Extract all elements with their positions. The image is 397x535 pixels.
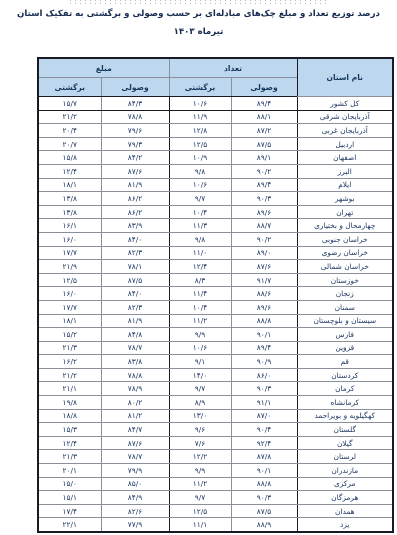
count-cleared-cell: ۸۶/۰ (231, 368, 297, 382)
table-row: لرستان۸۷/۸۱۲/۲۷۸/۷۲۱/۳ (38, 450, 393, 464)
count-bounced-cell: ۹/۷ (169, 382, 231, 396)
header-province-name: نام استان (297, 58, 393, 97)
province-name-cell: گلستان (297, 423, 393, 437)
amount-cleared-cell: ۷۸/۸ (101, 368, 169, 382)
amount-bounced-cell: ۱۳/۸ (38, 192, 101, 206)
count-cleared-cell: ۹۰/۳ (231, 491, 297, 505)
table-row: مازندران۹۰/۱۹/۹۷۹/۹۲۰/۱ (38, 464, 393, 478)
province-name-cell: همدان (297, 504, 393, 518)
amount-cleared-cell: ۸۷/۵ (101, 273, 169, 287)
table-row: آذربایجان غربی۸۷/۲۱۲/۸۷۹/۶۲۰/۴ (38, 124, 393, 138)
count-cleared-cell: ۸۷/۸ (231, 450, 297, 464)
province-name-cell: خوزستان (297, 273, 393, 287)
count-cleared-cell: ۸۷/۵ (231, 137, 297, 151)
count-cleared-cell: ۸۹/۰ (231, 246, 297, 260)
table-row: تهران۸۹/۶۱۰/۴۸۶/۲۱۳/۸ (38, 205, 393, 219)
count-cleared-cell: ۸۷/۶ (231, 260, 297, 274)
table-row: چهارمحال و بختیاری۸۸/۷۱۱/۳۸۳/۹۱۶/۱ (38, 219, 393, 233)
table-row: کردستان۸۶/۰۱۴/۰۷۸/۸۲۱/۲ (38, 368, 393, 382)
amount-cleared-cell: ۸۱/۹ (101, 178, 169, 192)
table-row: قزوین۸۹/۴۱۰/۶۷۸/۷۲۱/۳ (38, 341, 393, 355)
count-cleared-cell: ۸۷/۲ (231, 124, 297, 138)
count-bounced-cell: ۱۲/۵ (169, 504, 231, 518)
count-cleared-cell: ۸۸/۶ (231, 287, 297, 301)
province-name-cell: البرز (297, 164, 393, 178)
province-name-cell: اصفهان (297, 151, 393, 165)
table-row: همدان۸۷/۵۱۲/۵۸۲/۶۱۷/۴ (38, 504, 393, 518)
amount-cleared-cell: ۸۱/۹ (101, 314, 169, 328)
table-row: ایلام۸۹/۴۱۰/۶۸۱/۹۱۸/۱ (38, 178, 393, 192)
amount-cleared-cell: ۸۳/۹ (101, 219, 169, 233)
count-cleared-cell: ۸۹/۶ (231, 205, 297, 219)
amount-cleared-cell: ۷۸/۷ (101, 450, 169, 464)
amount-bounced-cell: ۲۱/۲ (38, 110, 101, 124)
count-bounced-cell: ۸/۹ (169, 396, 231, 410)
province-name-cell: یزد (297, 518, 393, 532)
amount-cleared-cell: ۷۸/۸ (101, 110, 169, 124)
amount-cleared-cell: ۸۶/۲ (101, 205, 169, 219)
table-row: گلستان۹۰/۴۹/۶۸۴/۷۱۵/۳ (38, 423, 393, 437)
count-cleared-cell: ۸۸/۱ (231, 110, 297, 124)
count-cleared-cell: ۸۸/۸ (231, 314, 297, 328)
amount-cleared-cell: ۷۹/۳ (101, 137, 169, 151)
table-header: نام استان تعداد مبلغ وصولی برگشتی وصولی … (38, 58, 393, 97)
province-name-cell: خراسان رضوی (297, 246, 393, 260)
province-name-cell: کرمانشاه (297, 396, 393, 410)
header-count-bounced: برگشتی (169, 78, 231, 97)
province-name-cell: گیلان (297, 436, 393, 450)
count-cleared-cell: ۹۰/۱ (231, 464, 297, 478)
count-bounced-cell: ۱۲/۴ (169, 260, 231, 274)
count-bounced-cell: ۹/۹ (169, 464, 231, 478)
amount-cleared-cell: ۸۴/۸ (101, 328, 169, 342)
amount-bounced-cell: ۱۳/۸ (38, 205, 101, 219)
province-name-cell: سیستان و بلوچستان (297, 314, 393, 328)
page-subtitle-date: تیرماه ۱۴۰۳ (0, 24, 397, 40)
amount-cleared-cell: ۸۳/۸ (101, 355, 169, 369)
count-cleared-cell: ۸۹/۱ (231, 151, 297, 165)
amount-cleared-cell: ۸۴/۲ (101, 151, 169, 165)
header-amount-cleared: وصولی (101, 78, 169, 97)
province-name-cell: اردبیل (297, 137, 393, 151)
amount-cleared-cell: ۷۸/۱ (101, 260, 169, 274)
table-row: مرکزی۸۸/۸۱۱/۲۸۵/۰۱۵/۰ (38, 477, 393, 491)
count-bounced-cell: ۹/۹ (169, 328, 231, 342)
count-bounced-cell: ۹/۶ (169, 423, 231, 437)
count-cleared-cell: ۸۸/۸ (231, 477, 297, 491)
amount-bounced-cell: ۱۸/۸ (38, 409, 101, 423)
amount-bounced-cell: ۱۸/۱ (38, 314, 101, 328)
amount-cleared-cell: ۸۲/۳ (101, 246, 169, 260)
count-bounced-cell: ۱۴/۰ (169, 368, 231, 382)
count-bounced-cell: ۹/۸ (169, 232, 231, 246)
amount-bounced-cell: ۱۲/۴ (38, 164, 101, 178)
count-bounced-cell: ۱۰/۴ (169, 300, 231, 314)
amount-bounced-cell: ۱۸/۱ (38, 178, 101, 192)
amount-cleared-cell: ۸۴/۳ (101, 97, 169, 111)
count-bounced-cell: ۱۳/۰ (169, 409, 231, 423)
province-name-cell: تهران (297, 205, 393, 219)
count-bounced-cell: ۱۱/۰ (169, 246, 231, 260)
table-row: خوزستان۹۱/۷۸/۳۸۷/۵۱۲/۵ (38, 273, 393, 287)
province-name-cell: کردستان (297, 368, 393, 382)
amount-bounced-cell: ۲۱/۹ (38, 260, 101, 274)
amount-bounced-cell: ۲۲/۱ (38, 518, 101, 532)
count-bounced-cell: ۱۱/۲ (169, 314, 231, 328)
amount-bounced-cell: ۲۰/۱ (38, 464, 101, 478)
province-name-cell: خراسان جنوبی (297, 232, 393, 246)
table-row: کرمان۹۰/۳۹/۷۷۸/۹۲۱/۱ (38, 382, 393, 396)
amount-bounced-cell: ۱۷/۷ (38, 246, 101, 260)
amount-cleared-cell: ۷۷/۹ (101, 518, 169, 532)
count-cleared-cell: ۹۲/۴ (231, 436, 297, 450)
amount-bounced-cell: ۱۹/۸ (38, 396, 101, 410)
count-cleared-cell: ۹۱/۷ (231, 273, 297, 287)
province-name-cell: کرمان (297, 382, 393, 396)
table-row: آذربایجان شرقی۸۸/۱۱۱/۹۷۸/۸۲۱/۲ (38, 110, 393, 124)
page: { "title": { "line1": "درصد توزیع تعداد … (0, 0, 397, 535)
table-row: خراسان جنوبی۹۰/۲۹/۸۸۴/۰۱۶/۰ (38, 232, 393, 246)
amount-cleared-cell: ۷۸/۷ (101, 341, 169, 355)
province-name-cell: آذربایجان غربی (297, 124, 393, 138)
amount-bounced-cell: ۱۶/۱ (38, 219, 101, 233)
count-bounced-cell: ۸/۳ (169, 273, 231, 287)
table-row: قم۹۰/۹۹/۱۸۳/۸۱۶/۲ (38, 355, 393, 369)
count-bounced-cell: ۱۲/۵ (169, 137, 231, 151)
table-row: فارس۹۰/۱۹/۹۸۴/۸۱۵/۲ (38, 328, 393, 342)
amount-cleared-cell: ۸۷/۶ (101, 164, 169, 178)
amount-cleared-cell: ۸۱/۲ (101, 409, 169, 423)
province-name-cell: مازندران (297, 464, 393, 478)
table-row: اصفهان۸۹/۱۱۰/۹۸۴/۲۱۵/۸ (38, 151, 393, 165)
amount-bounced-cell: ۱۵/۲ (38, 328, 101, 342)
clipped-heading-remnant (68, 0, 330, 4)
amount-cleared-cell: ۸۴/۹ (101, 491, 169, 505)
table-row: کهگیلویه و بویراحمد۸۷/۰۱۳/۰۸۱/۲۱۸/۸ (38, 409, 393, 423)
amount-cleared-cell: ۸۲/۳ (101, 300, 169, 314)
province-name-cell: سمنان (297, 300, 393, 314)
table-row: زنجان۸۸/۶۱۱/۴۸۴/۰۱۶/۰ (38, 287, 393, 301)
amount-bounced-cell: ۲۰/۷ (38, 137, 101, 151)
header-count-cleared: وصولی (231, 78, 297, 97)
province-name-cell: قم (297, 355, 393, 369)
amount-cleared-cell: ۸۷/۶ (101, 436, 169, 450)
province-name-cell: کهگیلویه و بویراحمد (297, 409, 393, 423)
count-cleared-cell: ۹۰/۹ (231, 355, 297, 369)
count-cleared-cell: ۸۹/۴ (231, 97, 297, 111)
page-title: درصد توزیع تعداد و مبلغ چک‌های مبادله‌ای… (0, 7, 397, 22)
count-bounced-cell: ۱۱/۱ (169, 518, 231, 532)
count-bounced-cell: ۱۰/۶ (169, 341, 231, 355)
count-cleared-cell: ۸۷/۵ (231, 504, 297, 518)
table-row: گیلان۹۲/۴۷/۶۸۷/۶۱۲/۴ (38, 436, 393, 450)
count-cleared-cell: ۸۹/۶ (231, 300, 297, 314)
amount-bounced-cell: ۲۱/۳ (38, 450, 101, 464)
header-amount-bounced: برگشتی (38, 78, 101, 97)
count-bounced-cell: ۹/۸ (169, 164, 231, 178)
province-name-cell: خراسان شمالی (297, 260, 393, 274)
province-name-cell: بوشهر (297, 192, 393, 206)
count-bounced-cell: ۱۰/۶ (169, 97, 231, 111)
province-name-cell: فارس (297, 328, 393, 342)
count-bounced-cell: ۷/۶ (169, 436, 231, 450)
province-name-cell: کل کشور (297, 97, 393, 111)
count-bounced-cell: ۱۱/۲ (169, 477, 231, 491)
count-bounced-cell: ۱۰/۴ (169, 205, 231, 219)
table-row: سمنان۸۹/۶۱۰/۴۸۲/۳۱۷/۷ (38, 300, 393, 314)
count-bounced-cell: ۹/۱ (169, 355, 231, 369)
amount-bounced-cell: ۱۵/۰ (38, 477, 101, 491)
count-cleared-cell: ۹۰/۳ (231, 382, 297, 396)
table-row: خراسان شمالی۸۷/۶۱۲/۴۷۸/۱۲۱/۹ (38, 260, 393, 274)
amount-cleared-cell: ۸۲/۶ (101, 504, 169, 518)
count-cleared-cell: ۸۸/۷ (231, 219, 297, 233)
amount-bounced-cell: ۱۵/۳ (38, 423, 101, 437)
count-cleared-cell: ۹۰/۲ (231, 232, 297, 246)
count-cleared-cell: ۸۷/۰ (231, 409, 297, 423)
count-cleared-cell: ۹۰/۳ (231, 192, 297, 206)
title-block: درصد توزیع تعداد و مبلغ چک‌های مبادله‌ای… (0, 7, 397, 40)
count-bounced-cell: ۱۱/۳ (169, 219, 231, 233)
header-group-amount: مبلغ (38, 58, 169, 78)
amount-bounced-cell: ۲۱/۲ (38, 368, 101, 382)
table-body: کل کشور۸۹/۴۱۰/۶۸۴/۳۱۵/۷آذربایجان شرقی۸۸/… (38, 97, 393, 533)
count-cleared-cell: ۸۸/۹ (231, 518, 297, 532)
count-bounced-cell: ۱۱/۹ (169, 110, 231, 124)
amount-bounced-cell: ۱۵/۸ (38, 151, 101, 165)
amount-bounced-cell: ۲۰/۴ (38, 124, 101, 138)
amount-cleared-cell: ۸۴/۷ (101, 423, 169, 437)
province-name-cell: آذربایجان شرقی (297, 110, 393, 124)
table-row: کرمانشاه۹۱/۱۸/۹۸۰/۲۱۹/۸ (38, 396, 393, 410)
count-bounced-cell: ۱۰/۶ (169, 178, 231, 192)
amount-bounced-cell: ۱۲/۴ (38, 436, 101, 450)
amount-cleared-cell: ۷۹/۹ (101, 464, 169, 478)
table-row: یزد۸۸/۹۱۱/۱۷۷/۹۲۲/۱ (38, 518, 393, 532)
province-name-cell: مرکزی (297, 477, 393, 491)
province-name-cell: چهارمحال و بختیاری (297, 219, 393, 233)
province-name-cell: زنجان (297, 287, 393, 301)
amount-cleared-cell: ۷۹/۶ (101, 124, 169, 138)
count-cleared-cell: ۸۹/۴ (231, 341, 297, 355)
amount-cleared-cell: ۸۰/۲ (101, 396, 169, 410)
table-row: هرمزگان۹۰/۳۹/۷۸۴/۹۱۵/۱ (38, 491, 393, 505)
amount-cleared-cell: ۸۴/۰ (101, 287, 169, 301)
table-row: اردبیل۸۷/۵۱۲/۵۷۹/۳۲۰/۷ (38, 137, 393, 151)
table-row: کل کشور۸۹/۴۱۰/۶۸۴/۳۱۵/۷ (38, 97, 393, 111)
table-row: سیستان و بلوچستان۸۸/۸۱۱/۲۸۱/۹۱۸/۱ (38, 314, 393, 328)
count-cleared-cell: ۹۱/۱ (231, 396, 297, 410)
amount-bounced-cell: ۱۷/۷ (38, 300, 101, 314)
amount-bounced-cell: ۱۷/۴ (38, 504, 101, 518)
amount-cleared-cell: ۸۶/۲ (101, 192, 169, 206)
amount-bounced-cell: ۱۵/۷ (38, 97, 101, 111)
count-bounced-cell: ۱۰/۹ (169, 151, 231, 165)
count-bounced-cell: ۹/۷ (169, 192, 231, 206)
amount-cleared-cell: ۷۸/۹ (101, 382, 169, 396)
count-bounced-cell: ۹/۷ (169, 491, 231, 505)
province-name-cell: قزوین (297, 341, 393, 355)
count-cleared-cell: ۹۰/۱ (231, 328, 297, 342)
amount-cleared-cell: ۸۴/۰ (101, 232, 169, 246)
amount-bounced-cell: ۱۲/۵ (38, 273, 101, 287)
amount-bounced-cell: ۲۱/۱ (38, 382, 101, 396)
count-bounced-cell: ۱۱/۴ (169, 287, 231, 301)
amount-cleared-cell: ۸۵/۰ (101, 477, 169, 491)
amount-bounced-cell: ۱۵/۱ (38, 491, 101, 505)
count-bounced-cell: ۱۲/۲ (169, 450, 231, 464)
count-bounced-cell: ۱۲/۸ (169, 124, 231, 138)
province-name-cell: هرمزگان (297, 491, 393, 505)
count-cleared-cell: ۹۰/۲ (231, 164, 297, 178)
amount-bounced-cell: ۱۶/۰ (38, 232, 101, 246)
amount-bounced-cell: ۱۶/۰ (38, 287, 101, 301)
header-group-count: تعداد (169, 58, 297, 78)
cheques-distribution-table: نام استان تعداد مبلغ وصولی برگشتی وصولی … (37, 57, 394, 533)
amount-bounced-cell: ۲۱/۳ (38, 341, 101, 355)
province-name-cell: لرستان (297, 450, 393, 464)
count-cleared-cell: ۹۰/۴ (231, 423, 297, 437)
count-cleared-cell: ۸۹/۴ (231, 178, 297, 192)
table-row: البرز۹۰/۲۹/۸۸۷/۶۱۲/۴ (38, 164, 393, 178)
province-name-cell: ایلام (297, 178, 393, 192)
amount-bounced-cell: ۱۶/۲ (38, 355, 101, 369)
table-row: خراسان رضوی۸۹/۰۱۱/۰۸۲/۳۱۷/۷ (38, 246, 393, 260)
table-row: بوشهر۹۰/۳۹/۷۸۶/۲۱۳/۸ (38, 192, 393, 206)
